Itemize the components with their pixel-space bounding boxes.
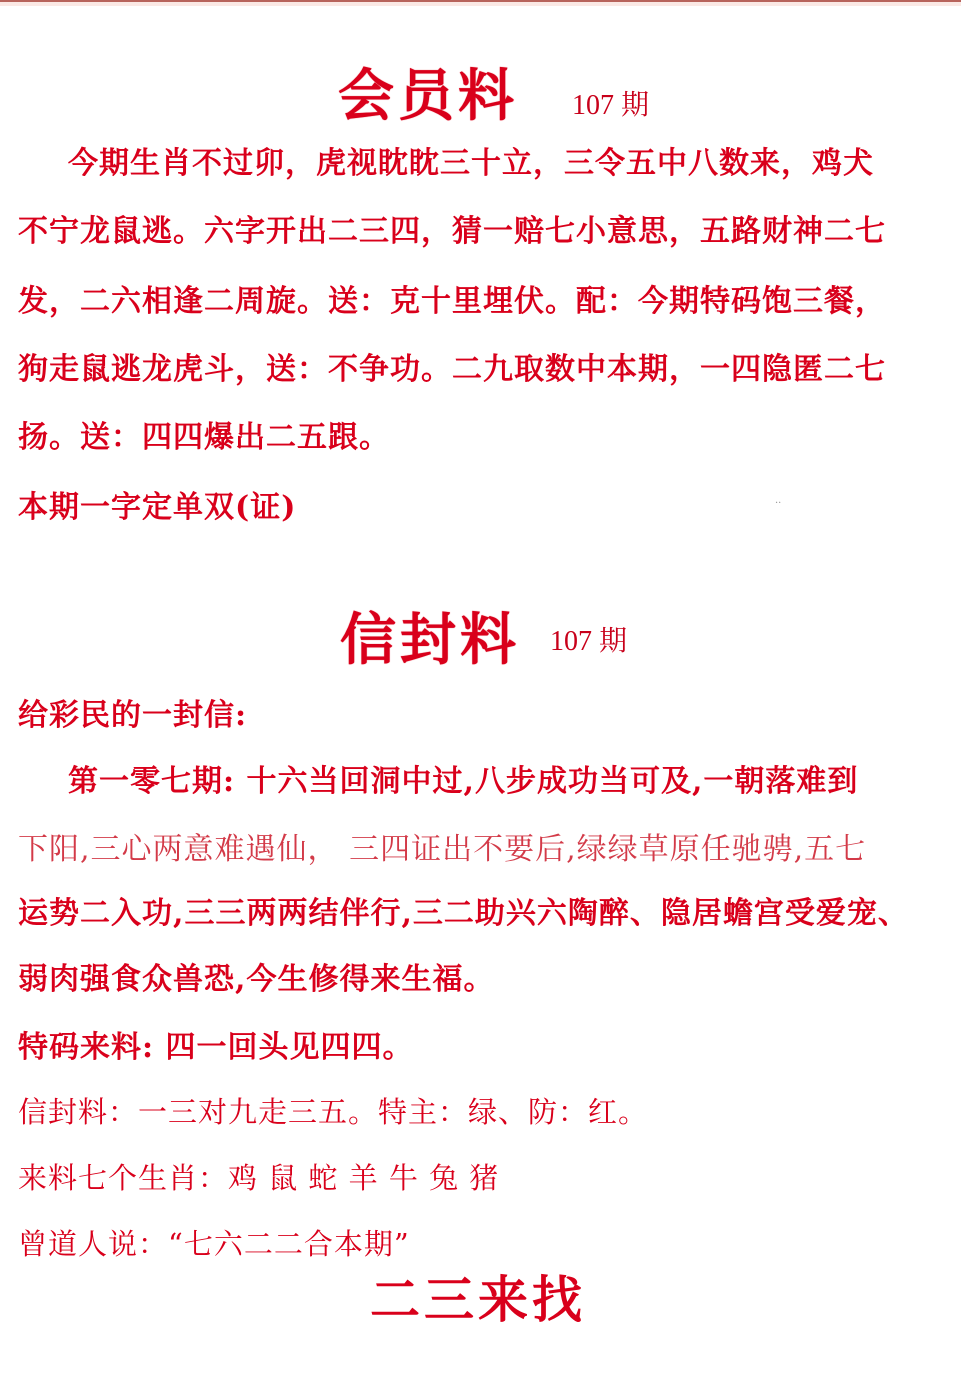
section-title: 会员料 <box>338 66 518 126</box>
special-code-line: 特码来料: 四一回头见四四。 <box>18 1028 414 1068</box>
paragraph-line: 扬。送：四四爆出二五跟。 <box>18 418 390 458</box>
zodiac-line: 来料七个生肖：鸡 鼠 蛇 羊 牛 兔 猪 <box>18 1158 499 1198</box>
footnote: 本期一字定单双(证) <box>18 488 296 528</box>
issue-number: 107 期 <box>572 90 649 122</box>
letter-line: 下阳,三心两意难遇仙， 三四证出不要后,绿绿草原任驰骋,五七 <box>18 830 866 870</box>
letter-line: 弱肉强食众兽恐,今生修得来生福。 <box>18 960 494 1000</box>
top-border-fade <box>0 2 961 6</box>
paragraph-line: 今期生肖不过卯，虎视眈眈三十立，三令五中八数来，鸡犬 <box>68 144 874 184</box>
letter-line: 第一零七期: 十六当回洞中过,八步成功当可及,一朝落难到 <box>68 762 858 802</box>
section-title: 信封料 <box>340 610 520 670</box>
paragraph-line: 发，二六相逢二周旋。送：克十里埋伏。配：今期特码饱三餐， <box>18 282 886 322</box>
letter-greeting: 给彩民的一封信: <box>18 696 247 736</box>
speck-artifact: ·· <box>775 498 781 509</box>
letter-line: 运势二入功,三三两两结伴行,三二助兴六陶醉、隐居蟾宫受爱宠、 <box>18 894 909 934</box>
paragraph-line: 不宁龙鼠逃。六字开出二三四，猜一赔七小意思，五路财神二七 <box>18 212 886 252</box>
envelope-line: 信封料：一三对九走三五。特主：绿、防：红。 <box>18 1092 648 1132</box>
paragraph-line: 狗走鼠逃龙虎斗，送：不争功。二九取数中本期，一四隐匿二七 <box>18 350 886 390</box>
taoist-quote-line: 曾道人说：“七六二二合本期” <box>18 1224 410 1264</box>
issue-number: 107 期 <box>550 626 627 658</box>
footer-headline: 二三来找 <box>370 1272 586 1328</box>
